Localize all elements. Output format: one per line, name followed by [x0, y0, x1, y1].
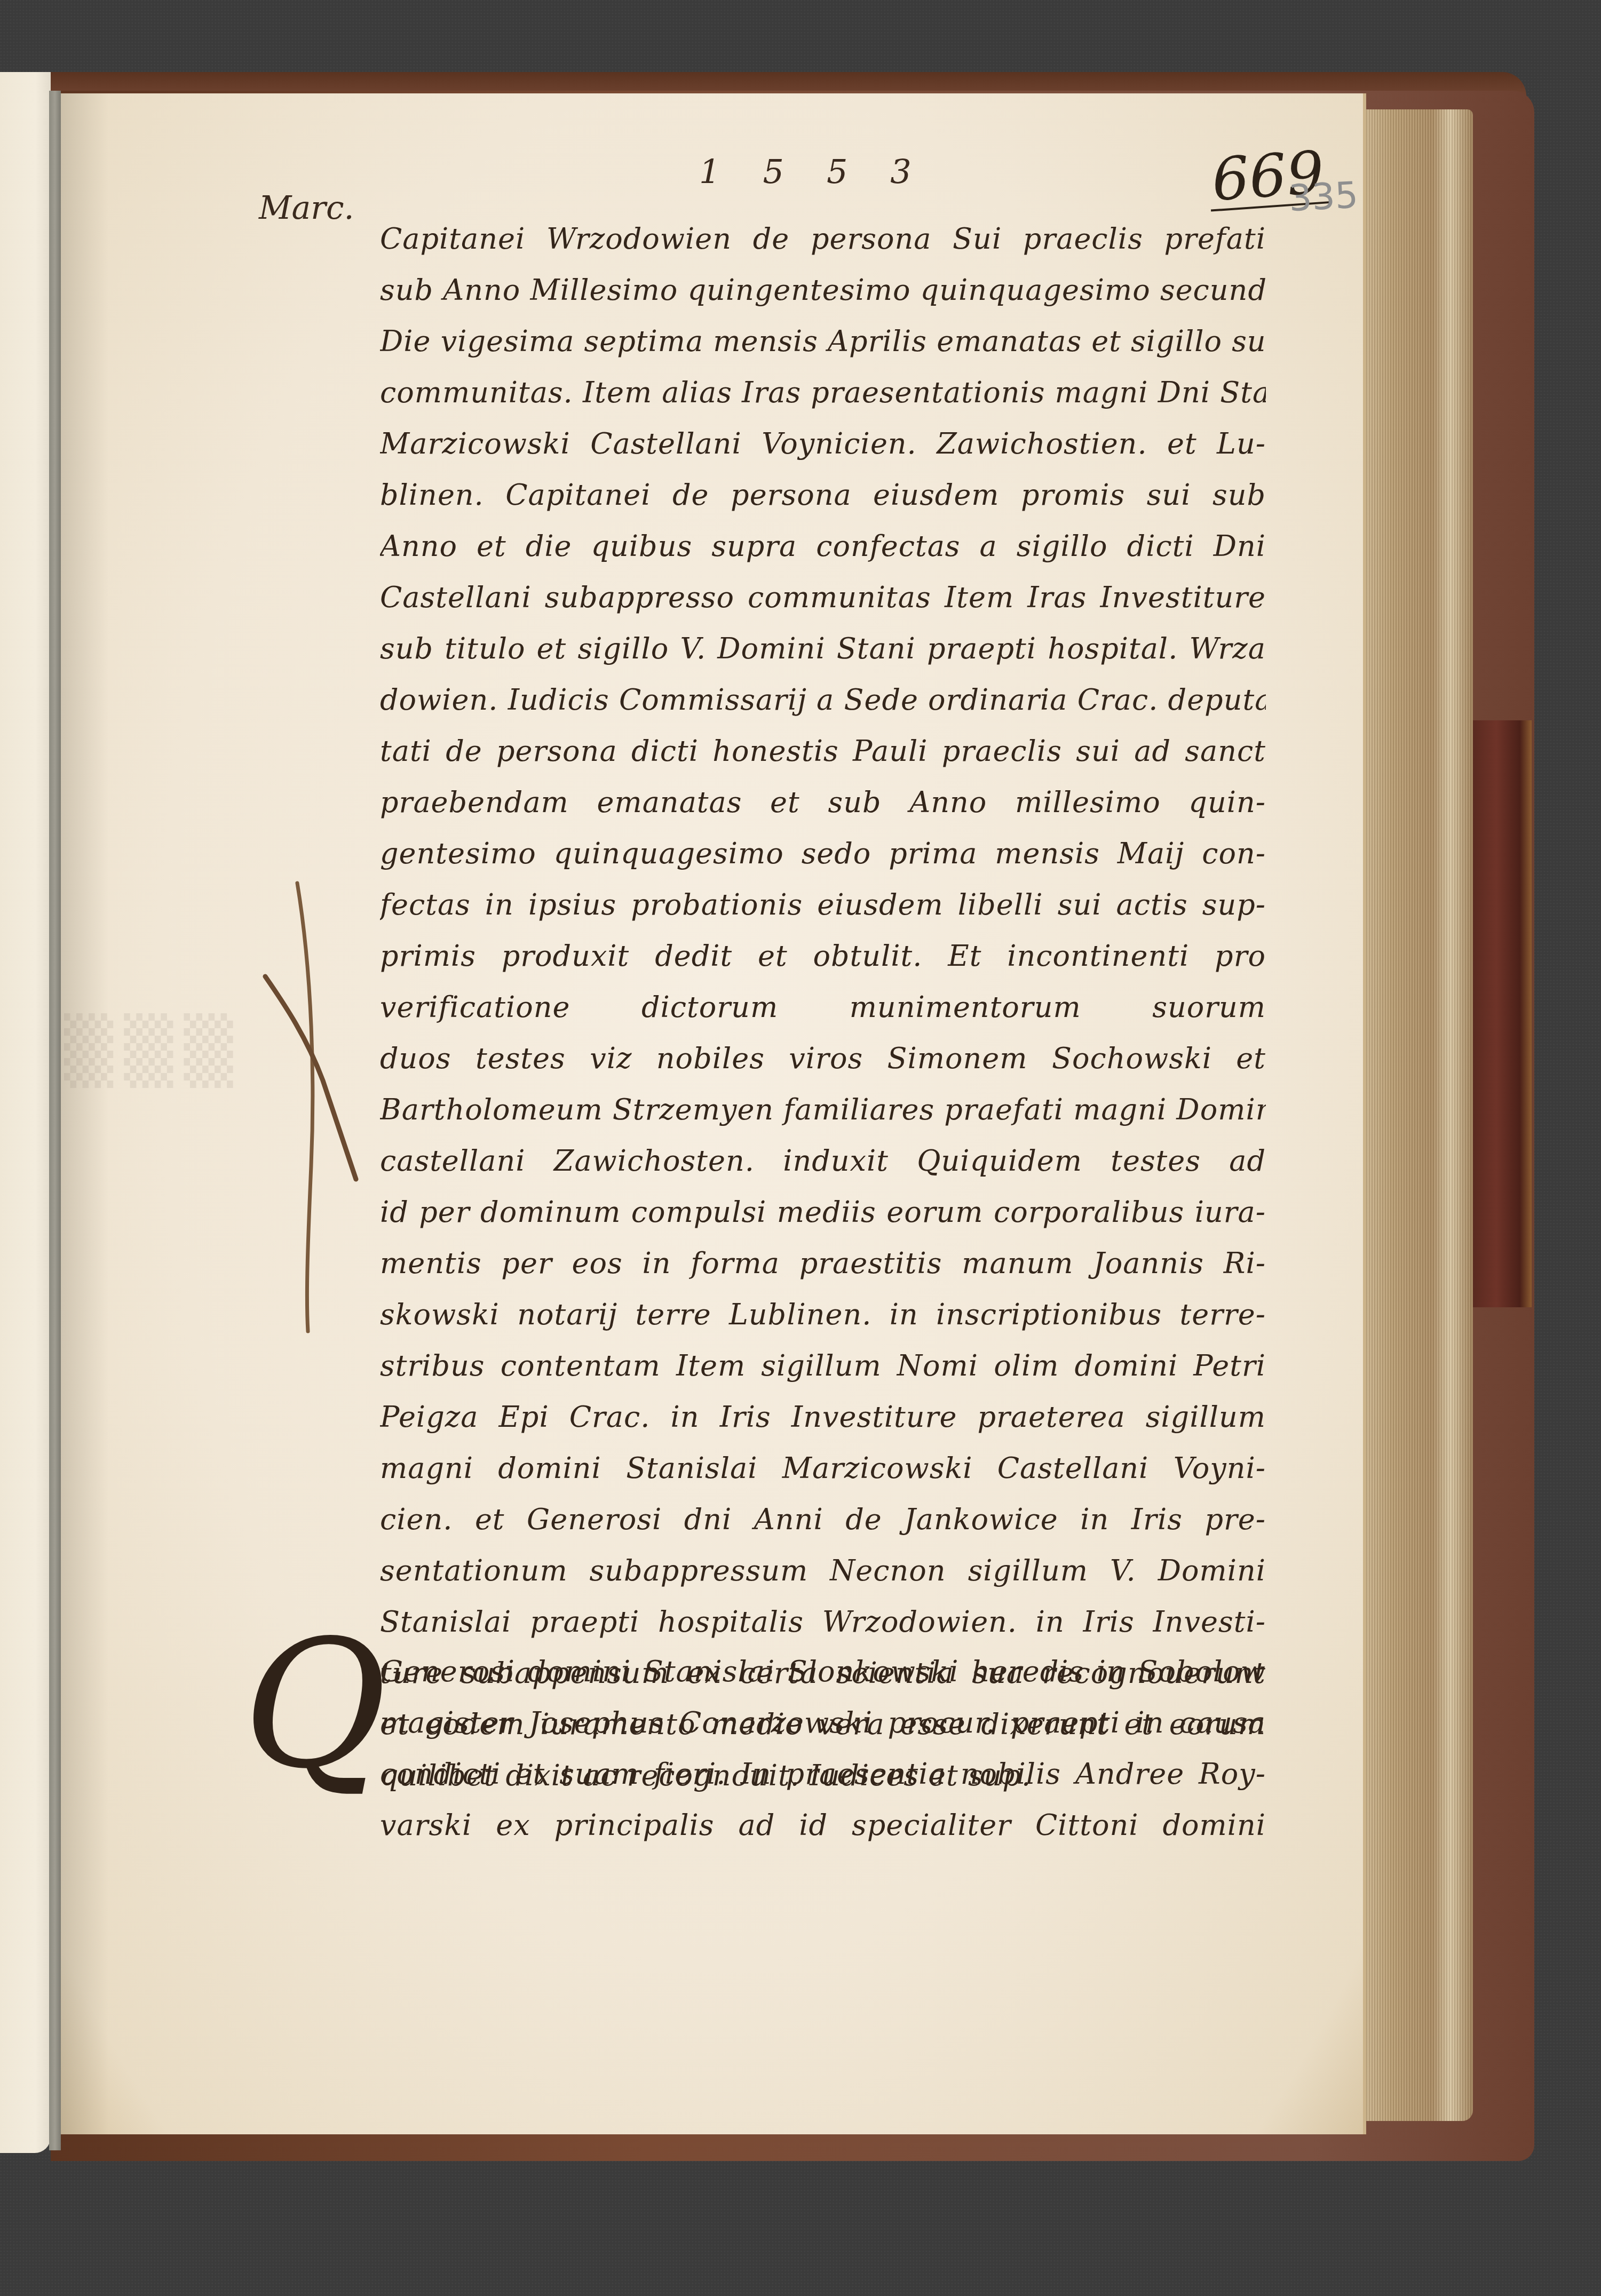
text-line: castellani Zawichosten. induxit Quiquide… [380, 1135, 1266, 1187]
text-line: Castellani subappresso communitas Item I… [380, 572, 1266, 623]
folio-number-pencil: 335 [1288, 174, 1359, 220]
text-line: tati de persona dicti honestis Pauli pra… [380, 726, 1266, 777]
cover-worn-leather-patch [1473, 720, 1532, 1307]
margin-note: Marc. [259, 189, 354, 227]
text-line: Stanislai praepti hospitalis Wrzodowien.… [380, 1596, 1266, 1648]
marginal-cross-mark-icon [237, 867, 366, 1337]
text-line: fectas in ipsius probationis eiusdem lib… [380, 879, 1266, 931]
paragraph-2: Generosi domini Stanislai Slonkowski her… [380, 1646, 1266, 1851]
text-line: skowski notarij terre Lublinen. in inscr… [380, 1289, 1266, 1340]
text-line: praebendam emanatas et sub Anno millesim… [380, 777, 1266, 828]
verso-page-edge [0, 72, 51, 2153]
text-line: sentationum subappressum Necnon sigillum… [380, 1545, 1266, 1596]
text-line: Die vigesima septima mensis Aprilis eman… [380, 316, 1266, 367]
text-line: mentis per eos in forma praestitis manum… [380, 1238, 1266, 1289]
decorated-initial: Q [243, 1617, 387, 1793]
book-gutter [49, 91, 61, 2150]
text-line: varski ex principalis ad id specialiter … [380, 1800, 1266, 1851]
text-line: condicti et suam fieri. In praesentia no… [380, 1749, 1266, 1800]
text-line: sub Anno Millesimo quingentesimo quinqua… [380, 265, 1266, 316]
text-line: primis produxit dedit et obtulit. Et inc… [380, 931, 1266, 982]
text-line: dowien. Iudicis Commissarij a Sede ordin… [380, 674, 1266, 726]
text-line: Peigza Epi Crac. in Iris Investiture pra… [380, 1392, 1266, 1443]
text-line: Capitanei Wrzodowien de persona Sui prae… [380, 213, 1266, 265]
year-header: 1553 [699, 152, 954, 191]
text-line: magister Josephus Conarzewski procur. pr… [380, 1697, 1266, 1749]
text-line: sub titulo et sigillo V. Domini Stani pr… [380, 623, 1266, 674]
text-line: communitas. Item alias Iras praesentatio… [380, 367, 1266, 418]
text-line: verificatione dictorum munimentorum suor… [380, 982, 1266, 1033]
text-line: id per dominum compulsi mediis eorum cor… [380, 1187, 1266, 1238]
text-line: stribus contentam Item sigillum Nomi oli… [380, 1340, 1266, 1392]
text-line: Generosi domini Stanislai Slonkowski her… [380, 1646, 1266, 1697]
text-line: blinen. Capitanei de persona eiusdem pro… [380, 470, 1266, 521]
page-fore-edge [1358, 109, 1473, 2121]
text-line: cien. et Generosi dni Anni de Jankowice … [380, 1494, 1266, 1545]
text-line: gentesimo quinquagesimo sedo prima mensi… [380, 828, 1266, 879]
text-line: Marzicowski Castellani Voynicien. Zawich… [380, 418, 1266, 470]
text-line: duos testes viz nobiles viros Simonem So… [380, 1033, 1266, 1084]
text-line: Bartholomeum Strzemyen familiares praefa… [380, 1084, 1266, 1135]
text-line: Anno et die quibus supra confectas a sig… [380, 521, 1266, 572]
text-line: magni domini Stanislai Marzicowski Caste… [380, 1443, 1266, 1494]
paragraph-1: Capitanei Wrzodowien de persona Sui prae… [380, 213, 1266, 1801]
